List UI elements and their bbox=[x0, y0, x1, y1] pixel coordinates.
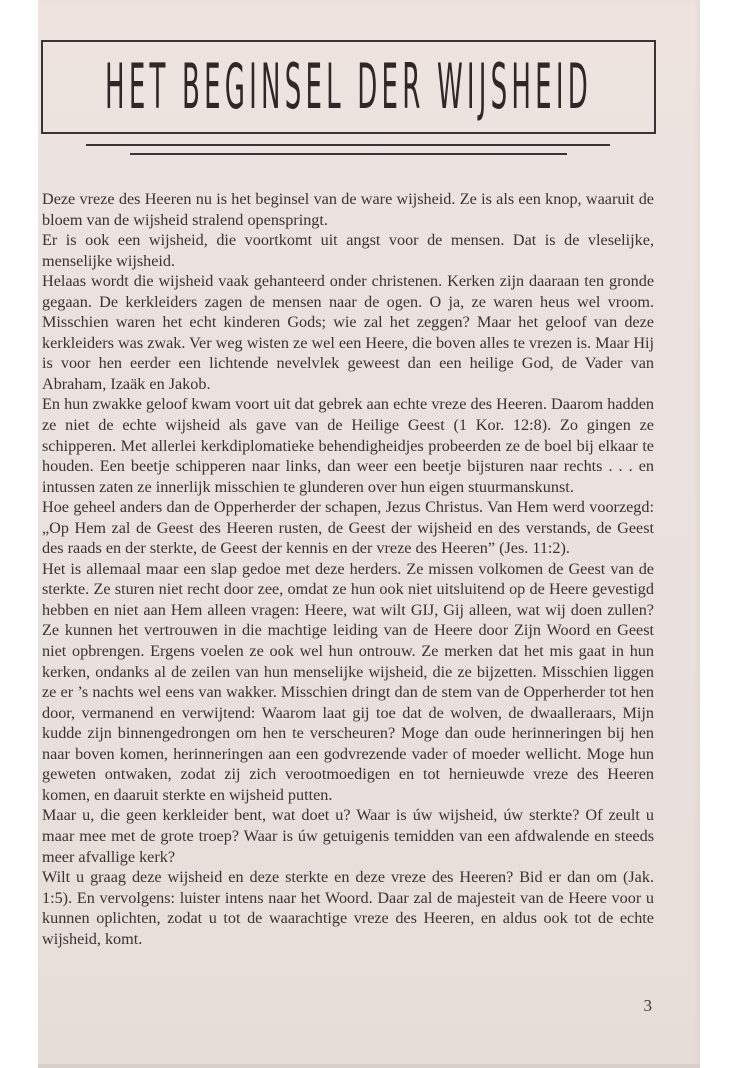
paragraph: Hoe geheel anders dan de Opperherder der… bbox=[42, 497, 654, 559]
paragraph: Wilt u graag deze wijsheid en deze sterk… bbox=[42, 867, 654, 949]
page-title: HET BEGINSEL DER WIJSHEID bbox=[220, 42, 477, 132]
paragraph: Er is ook een wijsheid, die voortkomt ui… bbox=[42, 230, 654, 271]
paragraph: Helaas wordt die wijsheid vaak gehanteer… bbox=[42, 271, 654, 394]
title-underline-short bbox=[130, 153, 567, 155]
title-underline-long bbox=[86, 144, 610, 146]
paragraph: Deze vreze des Heeren nu is het beginsel… bbox=[42, 189, 654, 230]
body-text: Deze vreze des Heeren nu is het beginsel… bbox=[42, 189, 654, 949]
paragraph: Het is allemaal maar een slap gedoe met … bbox=[42, 559, 654, 806]
page-bottom-edge bbox=[38, 1064, 700, 1068]
paragraph: En hun zwakke geloof kwam voort uit dat … bbox=[42, 394, 654, 497]
title-frame: HET BEGINSEL DER WIJSHEID bbox=[41, 40, 656, 134]
paragraph: Maar u, die geen kerkleider bent, wat do… bbox=[42, 805, 654, 867]
page-number: 3 bbox=[636, 996, 652, 1016]
